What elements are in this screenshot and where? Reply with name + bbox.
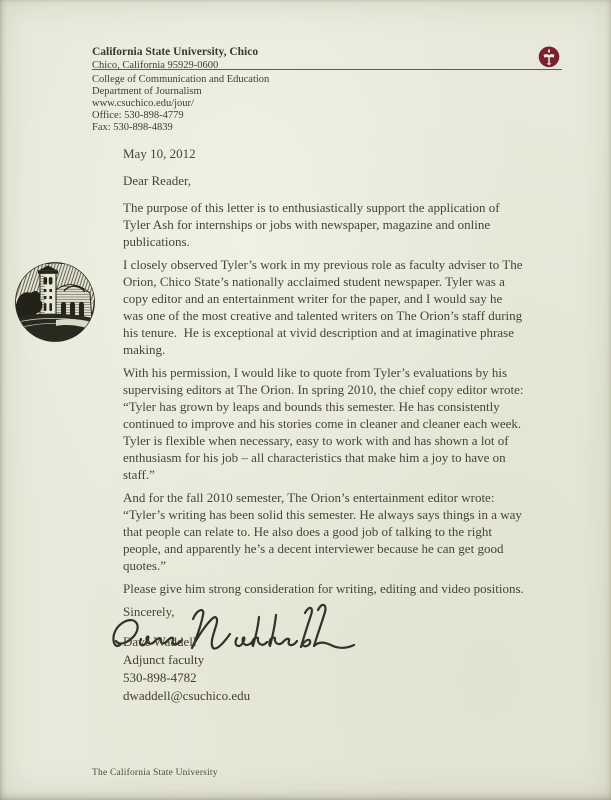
fax-line: Fax: 530-898-4839 [92, 122, 269, 134]
footer-text: The California State University [92, 768, 218, 778]
website-line: www.csuchico.edu/jour/ [92, 98, 269, 110]
letter-body: May 10, 2012 Dear Reader, The purpose of… [123, 145, 524, 626]
signer-block: Dave Waddell Adjunct faculty 530-898-478… [123, 633, 250, 705]
salutation: Dear Reader, [123, 172, 524, 189]
department-line: Department of Journalism [92, 86, 269, 98]
letter-date: May 10, 2012 [123, 145, 524, 162]
signer-name: Dave Waddell [123, 633, 250, 651]
csu-seal-icon [537, 45, 561, 70]
office-phone-line: Office: 530-898-4779 [92, 110, 269, 122]
letterhead-rule [92, 69, 562, 70]
paragraph-consideration: Please give him strong consideration for… [123, 580, 524, 597]
paragraph-spring-quote: With his permission, I would like to quo… [123, 364, 524, 483]
campus-emblem-illustration [12, 260, 98, 346]
signer-title: Adjunct faculty [123, 651, 250, 669]
university-address: Chico, California 95929-0600 [92, 60, 258, 72]
paragraph-purpose: The purpose of this letter is to enthusi… [123, 199, 524, 250]
signer-email: dwaddell@csuchico.edu [123, 687, 250, 705]
paragraph-observed: I closely observed Tyler’s work in my pr… [123, 256, 524, 358]
letterhead-details: College of Communication and Education D… [92, 74, 269, 134]
university-name: California State University, Chico [92, 46, 258, 59]
paragraph-fall-quote: And for the fall 2010 semester, The Orio… [123, 489, 524, 574]
college-line: College of Communication and Education [92, 74, 269, 86]
scanned-letter-page: California State University, Chico Chico… [0, 0, 611, 800]
signer-phone: 530-898-4782 [123, 669, 250, 687]
